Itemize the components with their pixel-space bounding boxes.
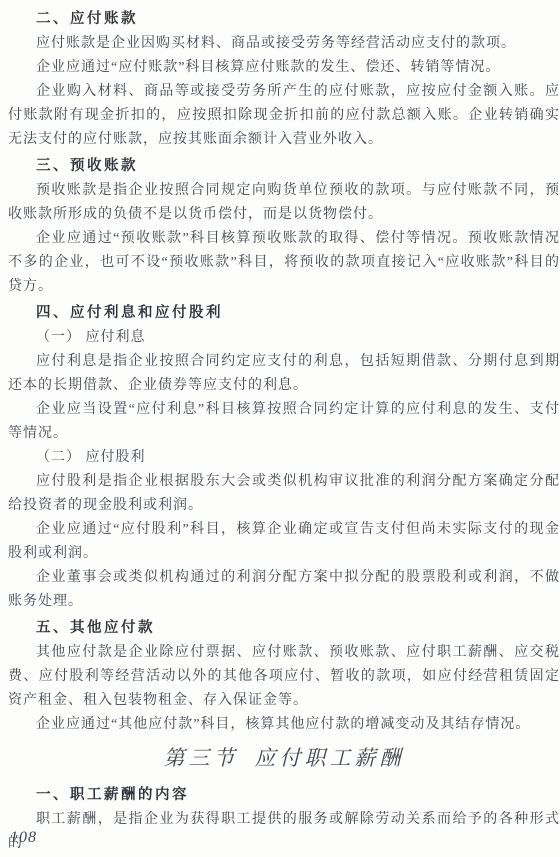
paragraph: 企业应通过“应付股利”科目，核算企业确定或宣告支付但尚未实际支付的现金股利或利润… xyxy=(8,518,560,566)
chapter-title: 第三节应付职工薪酬 xyxy=(8,743,560,773)
paragraph: 企业应通过“其他应付款”科目，核算其他应付款的增减变动及其结存情况。 xyxy=(8,713,560,737)
page-number: 108 xyxy=(10,829,37,847)
subsection-heading-dividends-payable: （二） 应付股利 xyxy=(8,446,560,470)
paragraph: 企业应通过“应付账款”科目核算应付账款的发生、偿还、转销等情况。 xyxy=(8,56,560,80)
paragraph: 企业董事会或类似机构通过的利润分配方案中拟分配的股票股利或利润，不做账务处理。 xyxy=(8,566,560,614)
section-heading-accounts-payable: 二、应付账款 xyxy=(36,7,560,31)
paragraph: 职工薪酬，是指企业为获得职工提供的服务或解除劳动关系而给予的各种形式的 xyxy=(8,808,560,856)
paragraph: 其他应付款是企业除应付票据、应付账款、预收账款、应付职工薪酬、应交税费、应付股利… xyxy=(8,641,560,713)
section-heading-other-payables: 五、其他应付款 xyxy=(36,616,560,640)
text-block: 二、应付账款 应付账款是企业因购买材料、商品或接受劳务等经营活动应支付的款项。 … xyxy=(8,5,560,856)
paragraph: 企业购入材料、商品等或接受劳务所产生的应付账款，应按应付金额入账。应付账款附有现… xyxy=(8,80,560,152)
paragraph: 应付利息是指企业按照合同约定应支付的利息，包括短期借款、分期付息到期还本的长期借… xyxy=(8,350,560,398)
paragraph: 企业应当设置“应付利息”科目核算按照合同约定计算的应付利息的发生、支付等情况。 xyxy=(8,398,560,446)
chapter-title-label: 第三节 xyxy=(164,746,239,770)
paragraph: 应付账款是企业因购买材料、商品或接受劳务等经营活动应支付的款项。 xyxy=(8,32,560,56)
chapter-title-text: 应付职工薪酬 xyxy=(255,746,405,770)
section-heading-employee-compensation-content: 一、职工薪酬的内容 xyxy=(36,783,560,807)
subsection-heading-interest-payable: （一） 应付利息 xyxy=(8,326,560,350)
document-page: 二、应付账款 应付账款是企业因购买材料、商品或接受劳务等经营活动应支付的款项。 … xyxy=(0,0,560,857)
paragraph: 预收账款是指企业按照合同规定向购货单位预收的款项。与应付账款不同，预收账款所形成… xyxy=(8,179,560,227)
paragraph: 应付股利是指企业根据股东大会或类似机构审议批准的利润分配方案确定分配给投资者的现… xyxy=(8,470,560,518)
section-heading-interest-dividends-payable: 四、应付利息和应付股利 xyxy=(36,301,560,325)
paragraph: 企业应通过“预收账款”科目核算预收账款的取得、偿付等情况。预收账款情况不多的企业… xyxy=(8,227,560,299)
section-heading-advances-received: 三、预收账款 xyxy=(36,154,560,178)
